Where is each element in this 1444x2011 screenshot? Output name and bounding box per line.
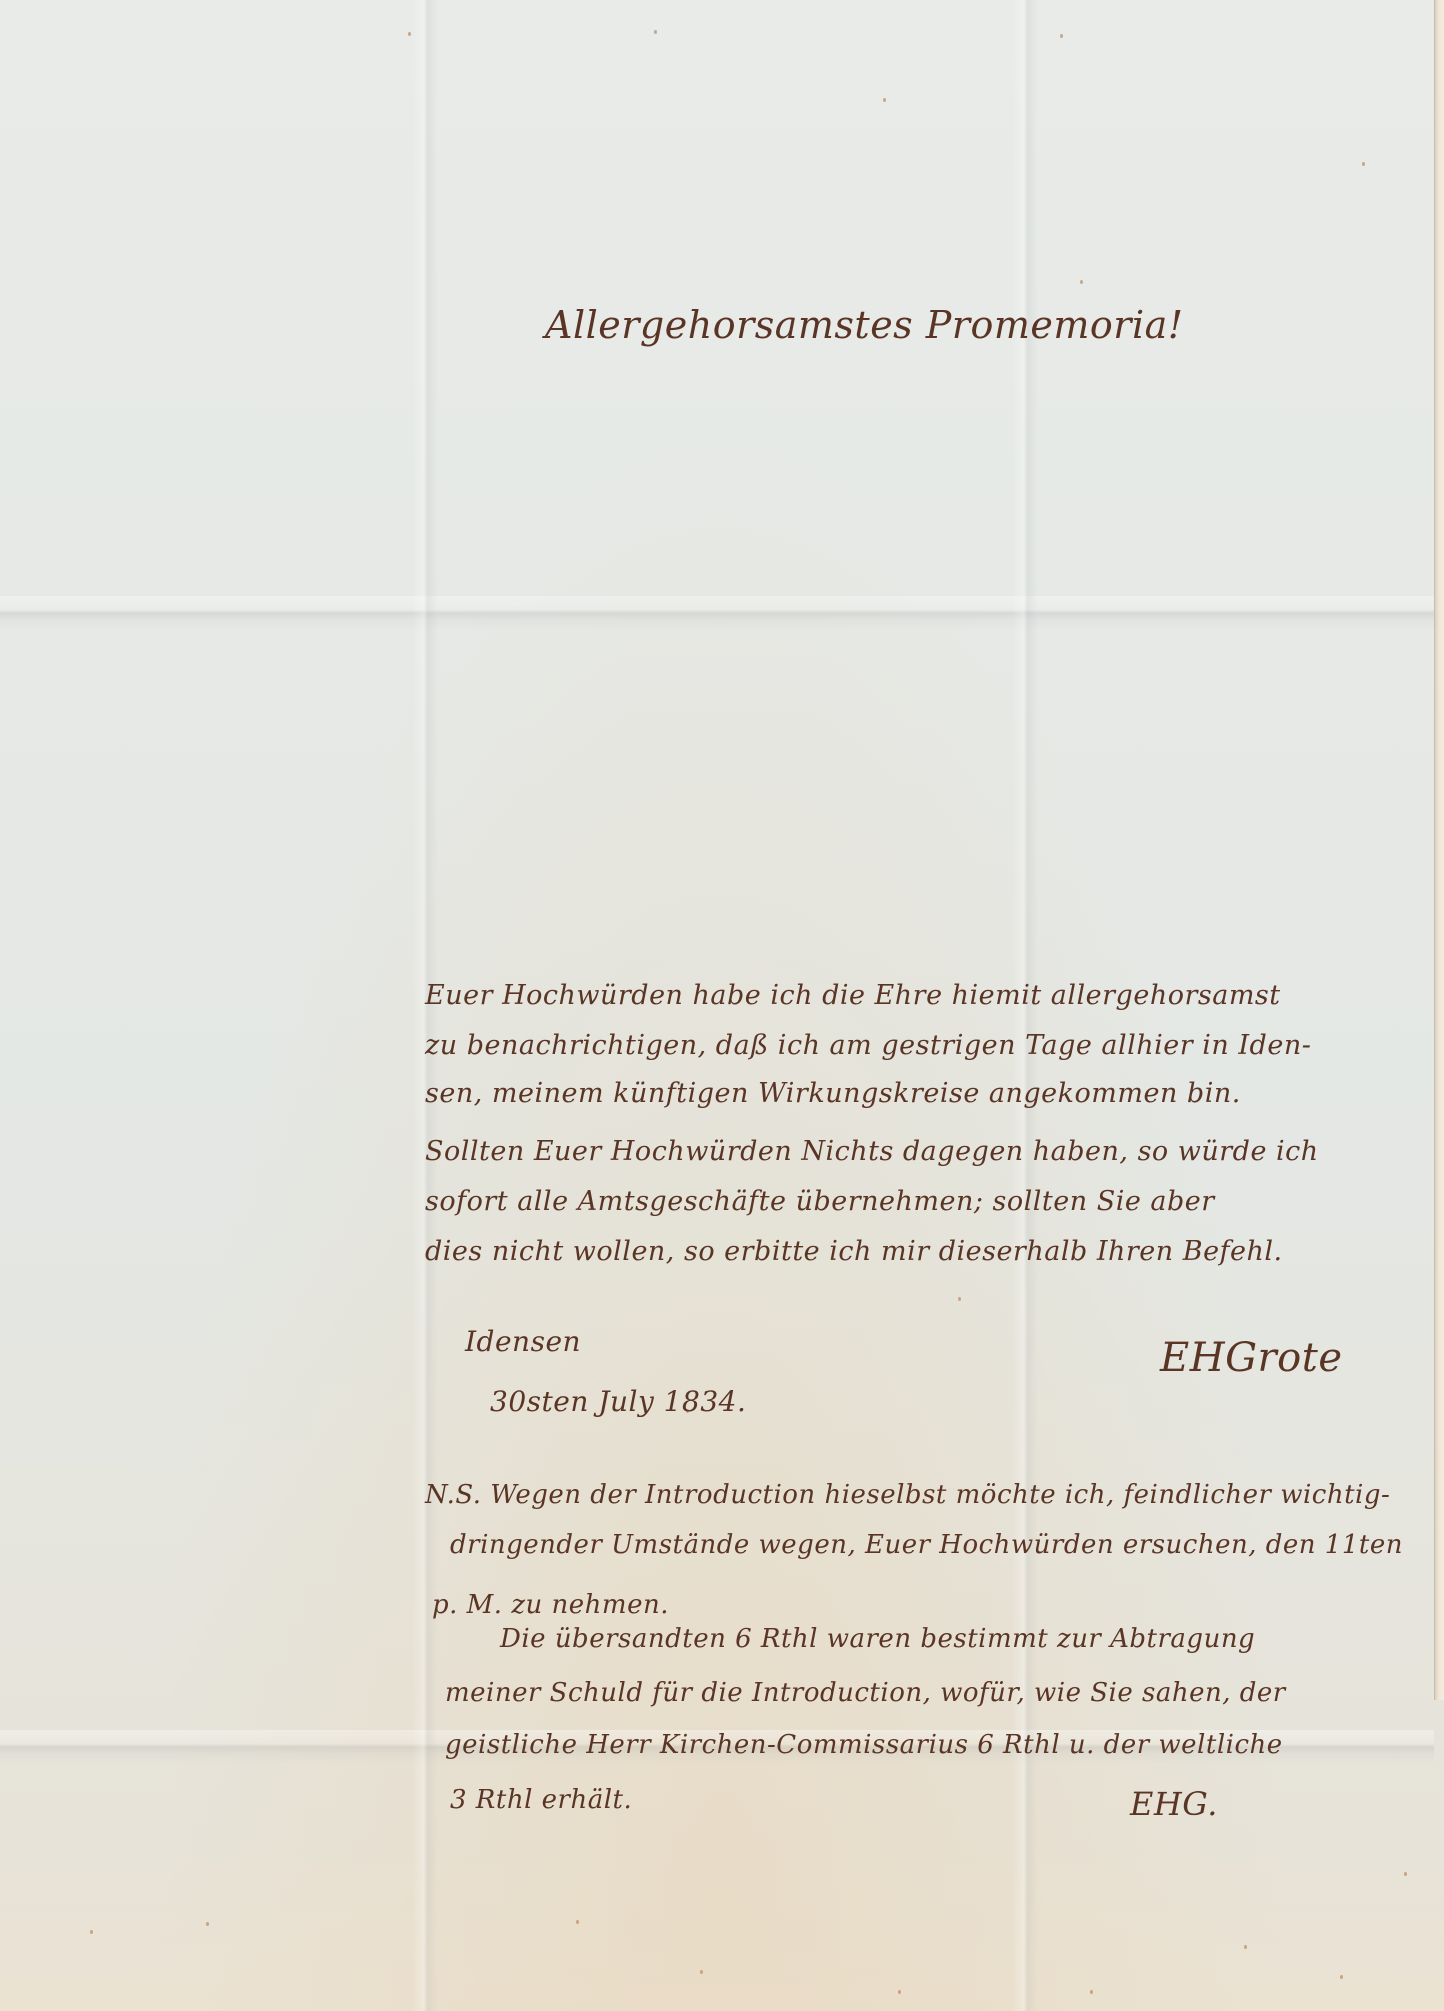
paper-speck xyxy=(90,1930,93,1934)
paper-speck xyxy=(1362,162,1365,166)
paper-speck xyxy=(958,1297,961,1301)
postscript-initials: EHG. xyxy=(1130,1785,1218,1823)
postscript-line: 3 Rthl erhält. xyxy=(450,1785,632,1815)
postscript-line: Die übersandten 6 Rthl waren bestimmt zu… xyxy=(500,1624,1255,1654)
paper-speck xyxy=(700,1970,703,1974)
paper-speck xyxy=(1404,1872,1407,1876)
horizontal-fold-crease xyxy=(0,596,1434,630)
letter-date: 30sten July 1834. xyxy=(490,1385,746,1418)
paper-speck xyxy=(1340,1975,1343,1979)
paper-speck xyxy=(1090,1990,1093,1994)
postscript-line: p. M. zu nehmen. xyxy=(432,1590,669,1620)
paper-speck xyxy=(1060,34,1063,38)
place-of-writing: Idensen xyxy=(465,1325,581,1358)
paper-speck xyxy=(206,1922,209,1926)
letter-sheet: Allergehorsamstes Promemoria! Euer Hochw… xyxy=(0,0,1444,2011)
body-line: zu benachrichtigen, daß ich am gestrigen… xyxy=(425,1030,1311,1061)
paper-speck xyxy=(898,1990,901,1994)
paper-speck xyxy=(1080,280,1083,284)
body-line: Sollten Euer Hochwürden Nichts dagegen h… xyxy=(425,1136,1319,1167)
paper-edge xyxy=(1434,0,1444,1700)
paper-speck xyxy=(408,32,411,36)
body-line: sen, meinem künftigen Wirkungskreise ang… xyxy=(425,1078,1241,1109)
paper-speck xyxy=(1244,1945,1247,1949)
signature: EHGrote xyxy=(1160,1335,1342,1381)
postscript-line: N.S. Wegen der Introduction hieselbst mö… xyxy=(425,1480,1390,1510)
body-line: Euer Hochwürden habe ich die Ehre hiemit… xyxy=(425,980,1281,1011)
body-line: sofort alle Amtsgeschäfte übernehmen; so… xyxy=(425,1186,1215,1217)
paper-speck xyxy=(576,1920,579,1924)
postscript-line: dringender Umstände wegen, Euer Hochwürd… xyxy=(450,1530,1403,1560)
body-line: dies nicht wollen, so erbitte ich mir di… xyxy=(425,1236,1283,1267)
paper-speck xyxy=(883,98,886,102)
postscript-line: meiner Schuld für die Introduction, wofü… xyxy=(445,1678,1286,1708)
salutation: Allergehorsamstes Promemoria! xyxy=(545,303,1184,347)
postscript-line: geistliche Herr Kirchen-Commissarius 6 R… xyxy=(445,1730,1283,1760)
paper-speck xyxy=(654,30,657,34)
